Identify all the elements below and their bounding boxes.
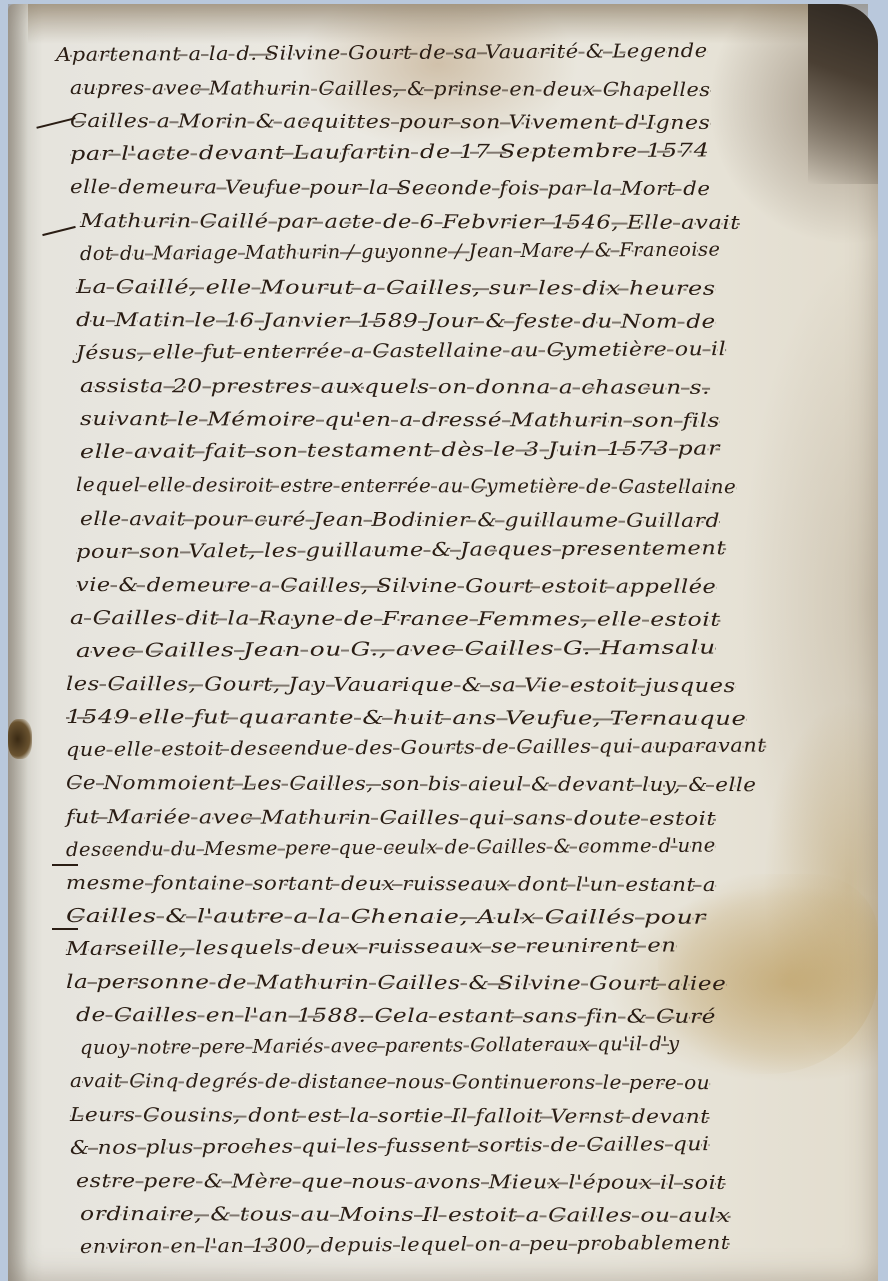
manuscript-line: Leurs Cousins, dont est la sortie Il fal… (70, 1104, 710, 1128)
manuscript-line: pour son Valet, les guillaume & Jacques … (76, 537, 726, 563)
aged-top-edge (28, 4, 868, 44)
manuscript-line: Ce Nommoient Les Cailles, son bis aieul … (66, 772, 757, 796)
manuscript-line: & nos plus proches qui les fussent sorti… (70, 1133, 710, 1159)
manuscript-line: fut Mariée avec Mathurin Cailles qui san… (66, 806, 716, 830)
manuscript-line: Apartenant a la d. Silvine Gourt de sa V… (56, 40, 708, 66)
manuscript-line: elle demeura Veufue pour la Seconde fois… (70, 176, 711, 200)
manuscript-page: Apartenant a la d. Silvine Gourt de sa V… (8, 4, 878, 1281)
manuscript-line: vie & demeure a Cailles, Silvine Gourt e… (76, 574, 716, 598)
manuscript-line: que elle estoit descendue des Gourts de … (66, 735, 766, 761)
manuscript-line: elle avait pour curé Jean Bodinier & gui… (80, 508, 720, 532)
manuscript-line: Marseille, lesquels deux ruisseaux se re… (66, 934, 677, 960)
manuscript-line: Mathurin Caillé par acte de 6 Febvrier 1… (80, 210, 740, 234)
manuscript-line: ordinaire, & tous au Moins Il estoit a C… (80, 1203, 731, 1227)
manuscript-line: descendu du Mesme pere que ceulx de Cail… (66, 834, 716, 860)
manuscript-line: suivant le Mémoire qu'en a dressé Mathur… (80, 408, 720, 432)
manuscript-line: dot du Mariage Mathurin / guyonne / Jean… (80, 238, 721, 264)
manuscript-line: du Matin le 16 Janvier 1589 Jour & feste… (76, 309, 716, 333)
manuscript-line: a Cailles dit la Rayne de France Femmes,… (70, 607, 721, 631)
manuscript-line: par l'acte devant Laufartin de 17 Septem… (70, 140, 710, 166)
manuscript-line: quoy notre pere Mariés avec parents Coll… (80, 1033, 680, 1059)
manuscript-line: de Cailles en l'an 1588. Cela estant san… (76, 1004, 716, 1028)
manuscript-line: la personne de Mathurin Cailles & Silvin… (66, 971, 726, 995)
manuscript-line: aupres avec Mathurin Cailles, & prinse e… (70, 77, 711, 101)
manuscript-line: avait Cinq degrés de distance nous Conti… (70, 1070, 710, 1094)
worn-corner (808, 4, 878, 184)
manuscript-line: La Caillé, elle Mourut a Cailles, sur le… (76, 276, 716, 300)
margin-dash (42, 226, 75, 236)
manuscript-line: environ en l'an 1300, depuis lequel on a… (80, 1232, 730, 1258)
manuscript-line: Cailles & l'autre a la Chenaie, Aulx Cai… (66, 905, 706, 929)
manuscript-line: lequel elle desiroit estre enterrée au C… (76, 474, 736, 498)
margin-dash (52, 864, 78, 866)
manuscript-line: assista 20 prestres auxquels on donna a … (80, 375, 710, 399)
manuscript-line: les Cailles, Gourt, Jay Vauarique & sa V… (66, 673, 736, 697)
margin-dash (52, 928, 78, 930)
manuscript-line: avec Cailles Jean ou G., avec Cailles G.… (76, 637, 716, 662)
binding-hole (8, 719, 32, 759)
manuscript-line: estre pere & Mère que nous avons Mieux l… (76, 1170, 726, 1194)
manuscript-line: Cailles a Morin & acquittes pour son Viv… (70, 110, 711, 134)
manuscript-line: mesme fontaine sortant deux ruisseaux do… (66, 872, 716, 896)
manuscript-line: Jésus, elle fut enterrée a Castellaine a… (76, 338, 726, 364)
manuscript-line: elle avait fait son testament dès le 3 J… (80, 438, 720, 464)
manuscript-line: 1549 elle fut quarante & huit ans Veufue… (66, 706, 747, 730)
